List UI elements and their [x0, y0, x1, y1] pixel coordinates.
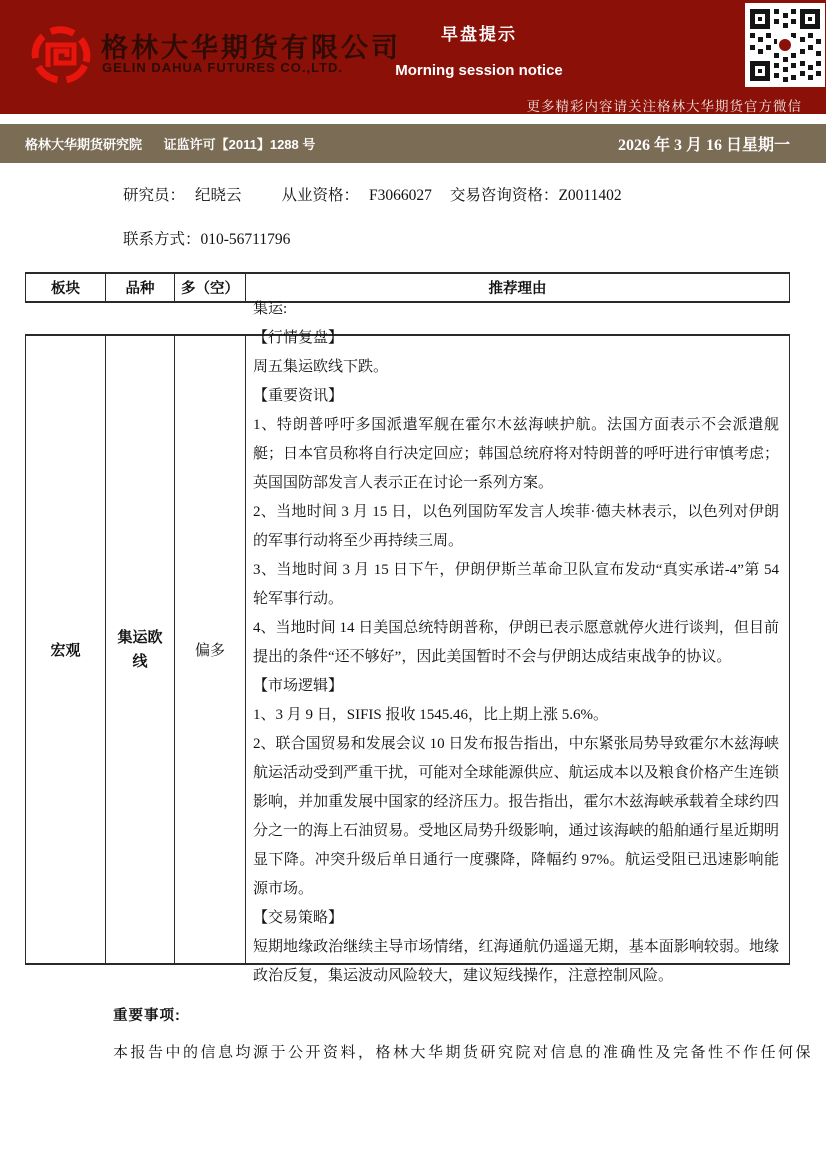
qualification-number: F3066027 [369, 187, 432, 204]
notice-title-cn: 早盘提示 [348, 20, 610, 45]
institute-license: 格林大华期货研究院 证监许可【2011】1288 号 [25, 134, 315, 153]
company-logo-icon [31, 26, 91, 84]
reason-line: 【市场逻辑】 [253, 672, 779, 701]
wechat-follow-note: 更多精彩内容请关注格林大华期货官方微信 [527, 95, 803, 115]
report-page: 格林大华期货有限公司 GELIN DAHUA FUTURES CO.,LTD. … [0, 0, 826, 1169]
report-date: 2026 年 3 月 16 日星期一 [618, 132, 790, 155]
reason-line: 集运: [253, 295, 779, 324]
reason-line: 1、3 月 9 日，SIFIS 报收 1545.46，比上期上涨 5.6%。 [253, 701, 779, 730]
qualification-label: 从业资格： [282, 187, 360, 204]
reason-line: 【交易策略】 [253, 904, 779, 933]
company-name-en: GELIN DAHUA FUTURES CO.,LTD. [102, 60, 343, 75]
institute-name: 格林大华期货研究院 [25, 137, 142, 152]
table-row: 宏观 集运欧线 偏多 集运: 【行情复盘】 周五集运欧线下跌。 【重要资讯】 1… [25, 334, 790, 965]
cell-reason: 集运: 【行情复盘】 周五集运欧线下跌。 【重要资讯】 1、特朗普呼吁多国派遣军… [246, 336, 789, 963]
reason-line: 2、当地时间 3 月 15 日，以色列国防军发言人埃菲·德夫林表示，以色列对伊朗… [253, 498, 779, 556]
reason-line: 【行情复盘】 [253, 324, 779, 353]
reason-line: 1、特朗普呼吁多国派遣军舰在霍尔木兹海峡护航。法国方面表示不会派遣舰艇；日本官员… [253, 411, 779, 498]
col-header-variety: 品种 [106, 274, 175, 301]
reason-line: 周五集运欧线下跌。 [253, 353, 779, 382]
disclaimer-text: 本报告中的信息均源于公开资料，格林大华期货研究院对信息的准确性及完备性不作任何保 [113, 1041, 813, 1062]
reason-line: 4、当地时间 14 日美国总统特朗普称，伊朗已表示愿意就停火进行谈判，但目前提出… [253, 614, 779, 672]
contact-line: 联系方式：010-56711796 [123, 227, 290, 249]
col-header-sector: 板块 [26, 274, 106, 301]
notice-title-en: Morning session notice [348, 62, 610, 79]
advisory-number: Z0011402 [558, 187, 621, 204]
researcher-line: 研究员：纪晓云从业资格：F3066027交易咨询资格：Z0011402 [123, 183, 622, 205]
researcher-name: 纪晓云 [195, 187, 242, 204]
cell-variety: 集运欧线 [106, 336, 175, 963]
reason-line: 短期地缘政治继续主导市场情绪，红海通航仍遥遥无期，基本面影响较弱。地缘政治反复，… [253, 933, 779, 991]
advisory-label: 交易咨询资格： [450, 187, 559, 204]
license-number: 证监许可【2011】1288 号 [164, 137, 316, 152]
researcher-label: 研究员： [123, 187, 185, 204]
reason-line: 【重要资讯】 [253, 382, 779, 411]
cell-position: 偏多 [175, 336, 246, 963]
cell-sector: 宏观 [26, 336, 106, 963]
wechat-qr-code-icon [745, 3, 825, 87]
col-header-position: 多（空） [175, 274, 246, 301]
reason-line: 2、联合国贸易和发展会议 10 日发布报告指出，中东紧张局势导致霍尔木兹海峡航运… [253, 730, 779, 904]
notice-title-block: 早盘提示 Morning session notice [348, 20, 610, 79]
reason-line: 3、当地时间 3 月 15 日下午，伊朗伊斯兰革命卫队宣布发动“真实承诺-4”第… [253, 556, 779, 614]
certification-bar: 格林大华期货研究院 证监许可【2011】1288 号 2026 年 3 月 16… [0, 124, 826, 163]
header-band: 格林大华期货有限公司 GELIN DAHUA FUTURES CO.,LTD. … [0, 0, 826, 114]
important-notice-title: 重要事项: [113, 1004, 181, 1025]
